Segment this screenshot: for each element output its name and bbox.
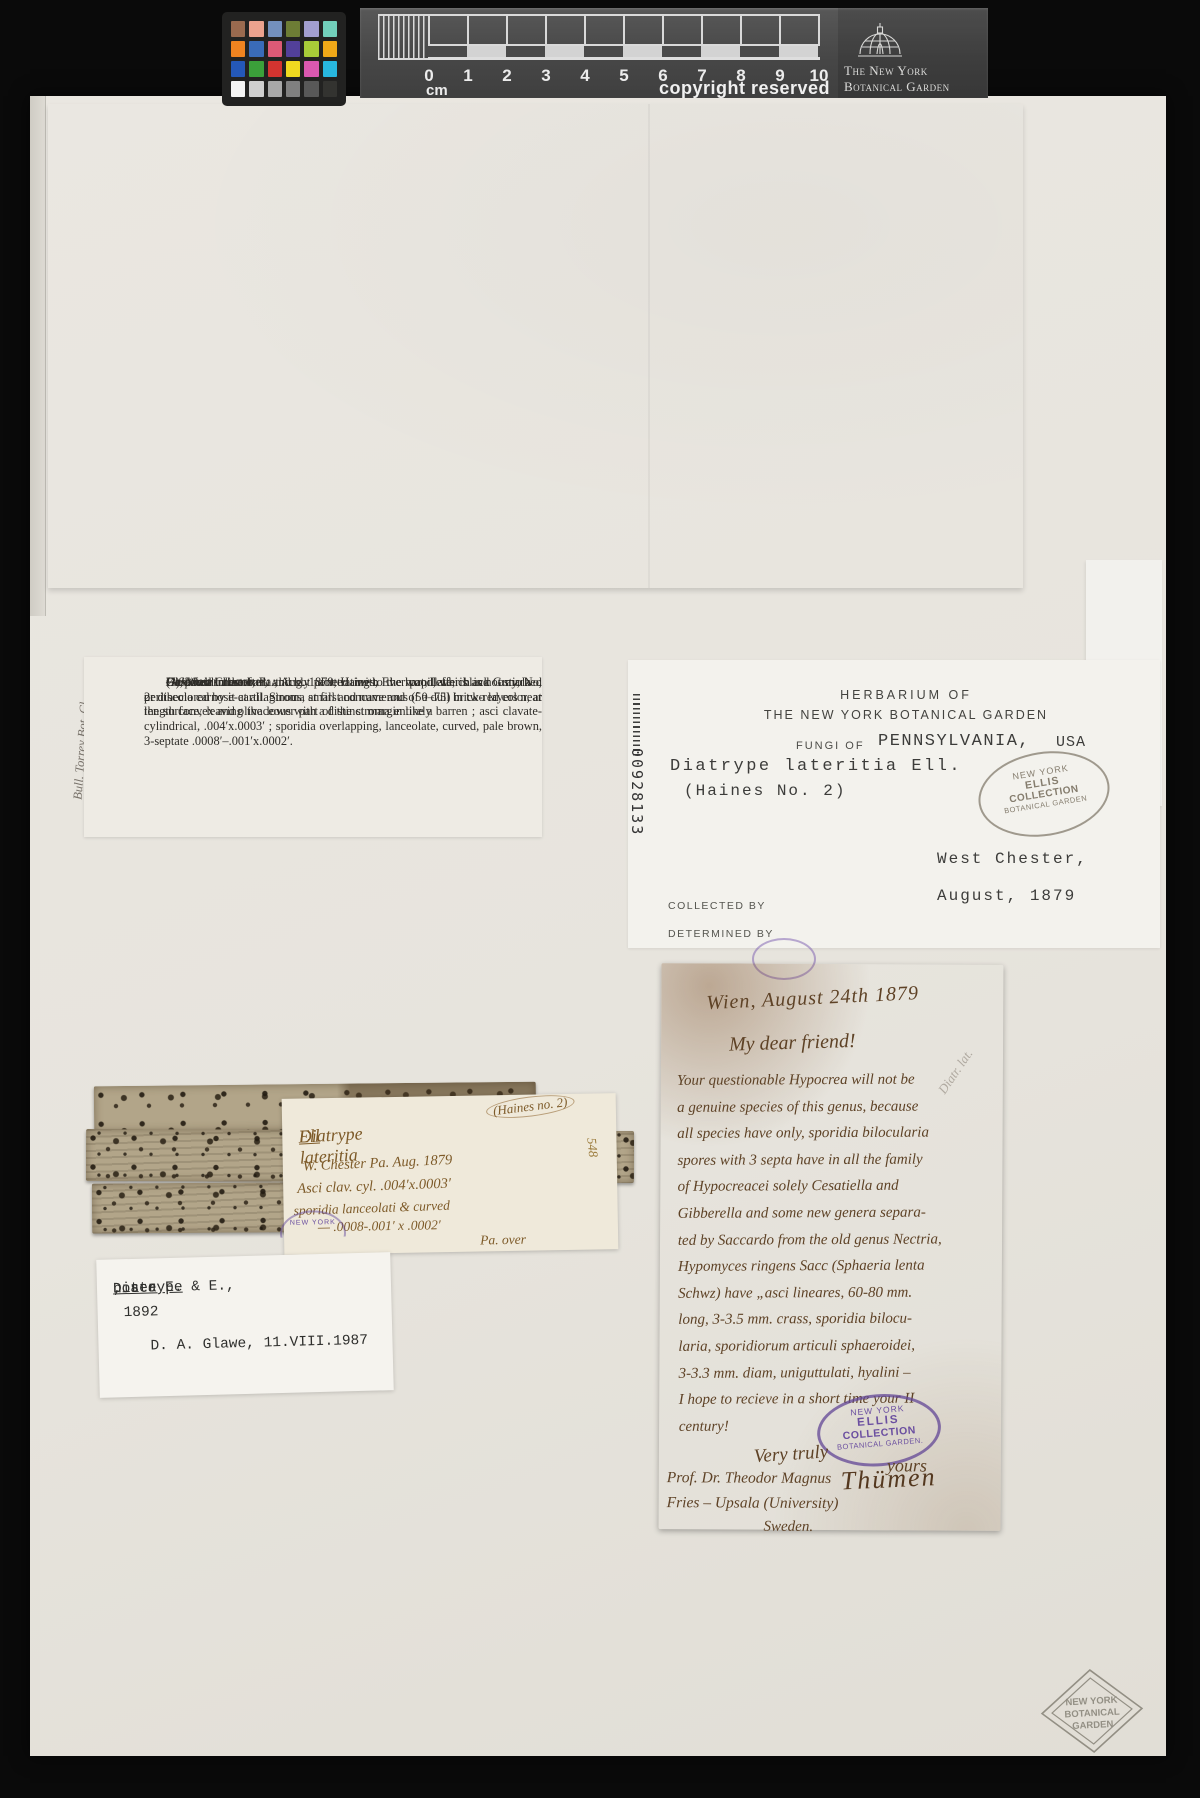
collection-number: (Haines No. 2) [684, 782, 846, 800]
letter-line: Your questionable Hypocrea will not be [677, 1071, 997, 1099]
scale-bar: 012345678910 cm copyright reserved The N… [360, 8, 988, 98]
herbarium-header-line1: HERBARIUM OF [628, 688, 1160, 702]
letter-line: of Hypocreacei solely Cesatiella and [678, 1178, 998, 1206]
letter-line: all species have only, sporidia bilocula… [677, 1124, 997, 1152]
color-chip [323, 81, 337, 97]
color-chip [268, 21, 282, 37]
letter-body: Your questionable Hypocrea will not bea … [677, 1071, 999, 1445]
nybg-dome-icon [852, 14, 908, 64]
printed-description-label: Diatrype lateritia. —Seated in the bark … [84, 657, 542, 837]
thuemen-letter: Diatr. lat. Wien, August 24th 1879 My de… [659, 963, 1004, 1531]
ruler-number: 2 [496, 66, 518, 86]
haines-corner-note: (Haines no. 2) [485, 1091, 576, 1122]
herbarium-label: HERBARIUM OF THE NEW YORK BOTANICAL GARD… [628, 660, 1160, 948]
color-chip [286, 61, 300, 77]
nybg-diamond-stamp: NEW YORK BOTANICAL GARDEN [1038, 1665, 1146, 1756]
letter-signature: Thümen [840, 1462, 937, 1496]
collected-by-label: COLLECTED BY [668, 900, 766, 912]
letter-address-line3: Sweden. [763, 1519, 813, 1536]
letter-line: laria, sporidiorum articuli sphaeroidei, [678, 1337, 998, 1365]
letter-line: Schwz) have „asci lineares, 60-80 mm. [678, 1284, 998, 1312]
barcode-number: 00928133 [626, 748, 646, 888]
copyright-text: copyright reserved [659, 78, 830, 99]
color-chip [286, 81, 300, 97]
letter-address-line2: Fries – Upsala (University) [667, 1494, 839, 1513]
ellis-collection-stamp: NEW YORK ELLIS COLLECTION BOTANICAL GARD… [972, 742, 1116, 846]
letter-line: ted by Saccardo from the old genus Nectr… [678, 1231, 998, 1259]
partial-purple-stamp: NEW YORK [280, 1210, 347, 1257]
ruler-hatch-block [378, 14, 428, 60]
letter-line: Gibberella and some new genera separa- [678, 1204, 998, 1232]
ruler-number: 1 [457, 66, 479, 86]
color-chip [323, 41, 337, 57]
determined-by-label: DETERMINED BY [668, 928, 774, 940]
fragment-asci-line: Asci clav. cyl. .004′x.0003′ [297, 1176, 451, 1198]
printed-text: (?), West Chester, Pa., Aug. 1879, Haine… [144, 675, 542, 704]
color-chip [268, 41, 282, 57]
state-value: PENNSYLVANIA, [878, 732, 1030, 751]
color-calibration-card [222, 12, 346, 106]
handwritten-fragment-label: (Haines no. 2) Diatrype lateritia Ell W.… [282, 1093, 619, 1255]
color-chip [304, 41, 318, 57]
diamond-stamp-text: GARDEN [1072, 1719, 1114, 1732]
fragment-author: Ell [298, 1126, 320, 1148]
color-chip [323, 61, 337, 77]
ruler-number: 3 [535, 66, 557, 86]
determiner-line: D. A. Glawe, 11.VIII.1987 [150, 1333, 368, 1355]
nybg-logo-text-line2: Botanical Garden [844, 79, 992, 95]
letter-line: 3-3.3 mm. diam, uniguttulati, hyalini – [679, 1364, 999, 1392]
country-value: USA [1056, 734, 1086, 751]
determination-year: 1892 [123, 1304, 158, 1321]
color-chip [286, 41, 300, 57]
color-chip [268, 61, 282, 77]
color-chip [231, 21, 245, 37]
color-chip [286, 21, 300, 37]
fragment-side-number: 548 [583, 1137, 601, 1158]
herbarium-header-line2: THE NEW YORK BOTANICAL GARDEN [628, 708, 1160, 722]
ruler-unit-label: cm [426, 82, 448, 99]
color-chip [304, 61, 318, 77]
fragment-note-line: Pa. over [480, 1232, 526, 1249]
color-chip [249, 41, 263, 57]
fungi-of-label: FUNGI OF [796, 740, 865, 752]
letter-line: a genuine species of this genus, because [677, 1098, 997, 1126]
ruler-cm-cells [428, 14, 820, 46]
letter-line: Hypomyces ringens Sacc (Sphaeria lenta [678, 1257, 998, 1285]
color-chip [231, 61, 245, 77]
sheet-left-edge [30, 96, 46, 616]
color-chip [323, 21, 337, 37]
nybg-logo-text-line1: The New York [844, 63, 984, 79]
color-chip [231, 41, 245, 57]
letter-line: spores with 3 septa have in all the fami… [677, 1151, 997, 1179]
letter-address-line1: Prof. Dr. Theodor Magnus [667, 1469, 831, 1488]
color-chip [249, 21, 263, 37]
color-chip [249, 81, 263, 97]
color-chip [231, 81, 245, 97]
folded-paper-packet [48, 104, 1023, 588]
ruler-number: 5 [613, 66, 635, 86]
letter-closing: Very truly [753, 1441, 829, 1468]
color-chip [268, 81, 282, 97]
taxon-name: Diatrype lateritia Ell. [670, 757, 962, 776]
color-chip [249, 61, 263, 77]
color-chip [304, 21, 318, 37]
nybg-logo: The New York Botanical Garden [838, 8, 988, 98]
ruler-checker-row [428, 46, 820, 60]
letter-line: long, 3-3.5 mm. crass, sporidia bilocu- [678, 1311, 998, 1339]
letter-dateline: Wien, August 24th 1879 [706, 980, 967, 1015]
determination-label: not a Diatrype, see E. & E., 1892 D. A. … [96, 1252, 394, 1398]
specimen-photograph: 012345678910 cm copyright reserved The N… [0, 0, 1200, 1798]
collection-date: August, 1879 [937, 887, 1076, 905]
letter-salutation: My dear friend! [729, 1030, 856, 1057]
locality-value: West Chester, [937, 850, 1088, 868]
det-text: , see E. & E., [113, 1278, 235, 1297]
ruler-number: 4 [574, 66, 596, 86]
color-chip [304, 81, 318, 97]
